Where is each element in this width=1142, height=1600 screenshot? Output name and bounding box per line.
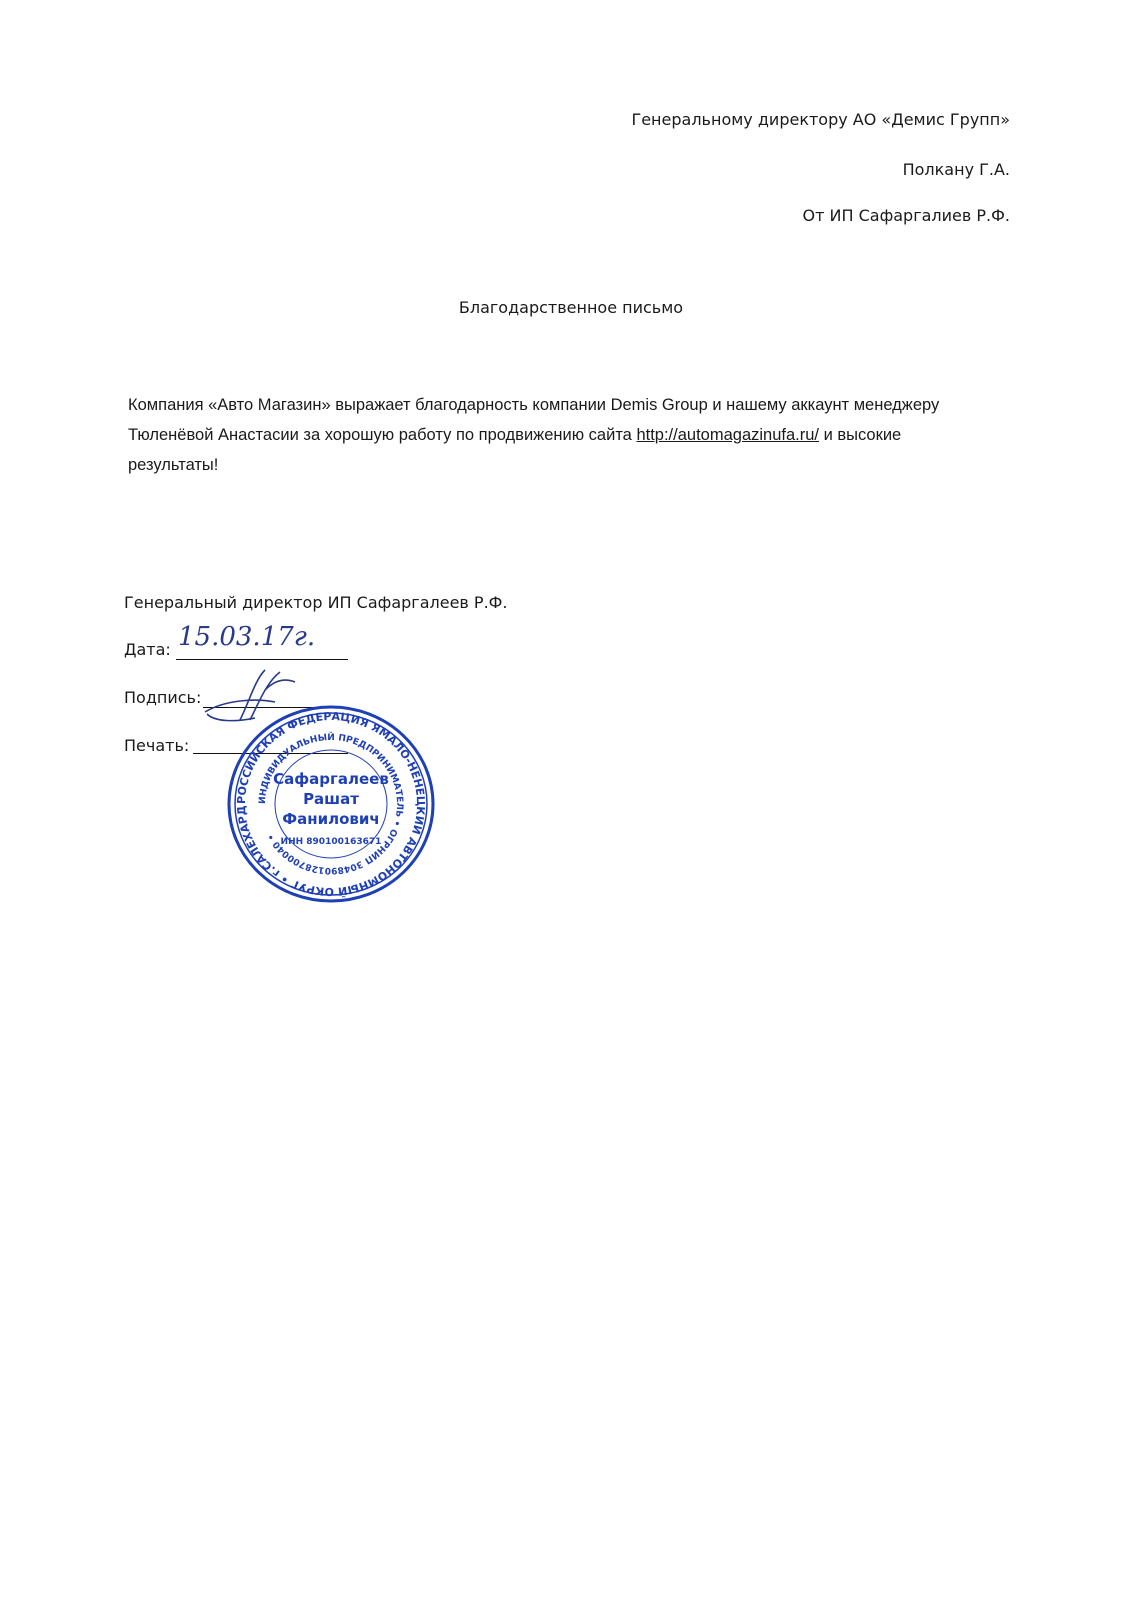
stamp-inn: ИНН 890100163671 bbox=[281, 837, 382, 847]
letter-title: Благодарственное письмо bbox=[0, 298, 1142, 317]
stamp-name-1: Сафаргалеев bbox=[273, 770, 389, 788]
addressee-line-2: Полкану Г.А. bbox=[903, 160, 1010, 179]
company-stamp-icon: РОССИЙСКАЯ ФЕДЕРАЦИЯ ЯМАЛО-НЕНЕЦКИЙ АВТО… bbox=[226, 704, 436, 904]
signatory-position: Генеральный директор ИП Сафаргалеев Р.Ф. bbox=[124, 593, 508, 612]
date-label: Дата: bbox=[124, 640, 171, 659]
letter-body: Компания «Авто Магазин» выражает благода… bbox=[128, 390, 988, 480]
handwritten-date: 15.03.17г. bbox=[178, 622, 315, 652]
stamp-name-3: Фанилович bbox=[282, 810, 379, 828]
stamp-name-2: Рашат bbox=[303, 790, 359, 808]
website-link[interactable]: http://automagazinufa.ru/ bbox=[636, 426, 819, 444]
addressee-line-3: От ИП Сафаргалиев Р.Ф. bbox=[803, 206, 1011, 225]
addressee-line-1: Генеральному директору АО «Демис Групп» bbox=[631, 110, 1010, 129]
stamp-label: Печать: bbox=[124, 736, 189, 755]
signature-label: Подпись: bbox=[124, 688, 201, 707]
